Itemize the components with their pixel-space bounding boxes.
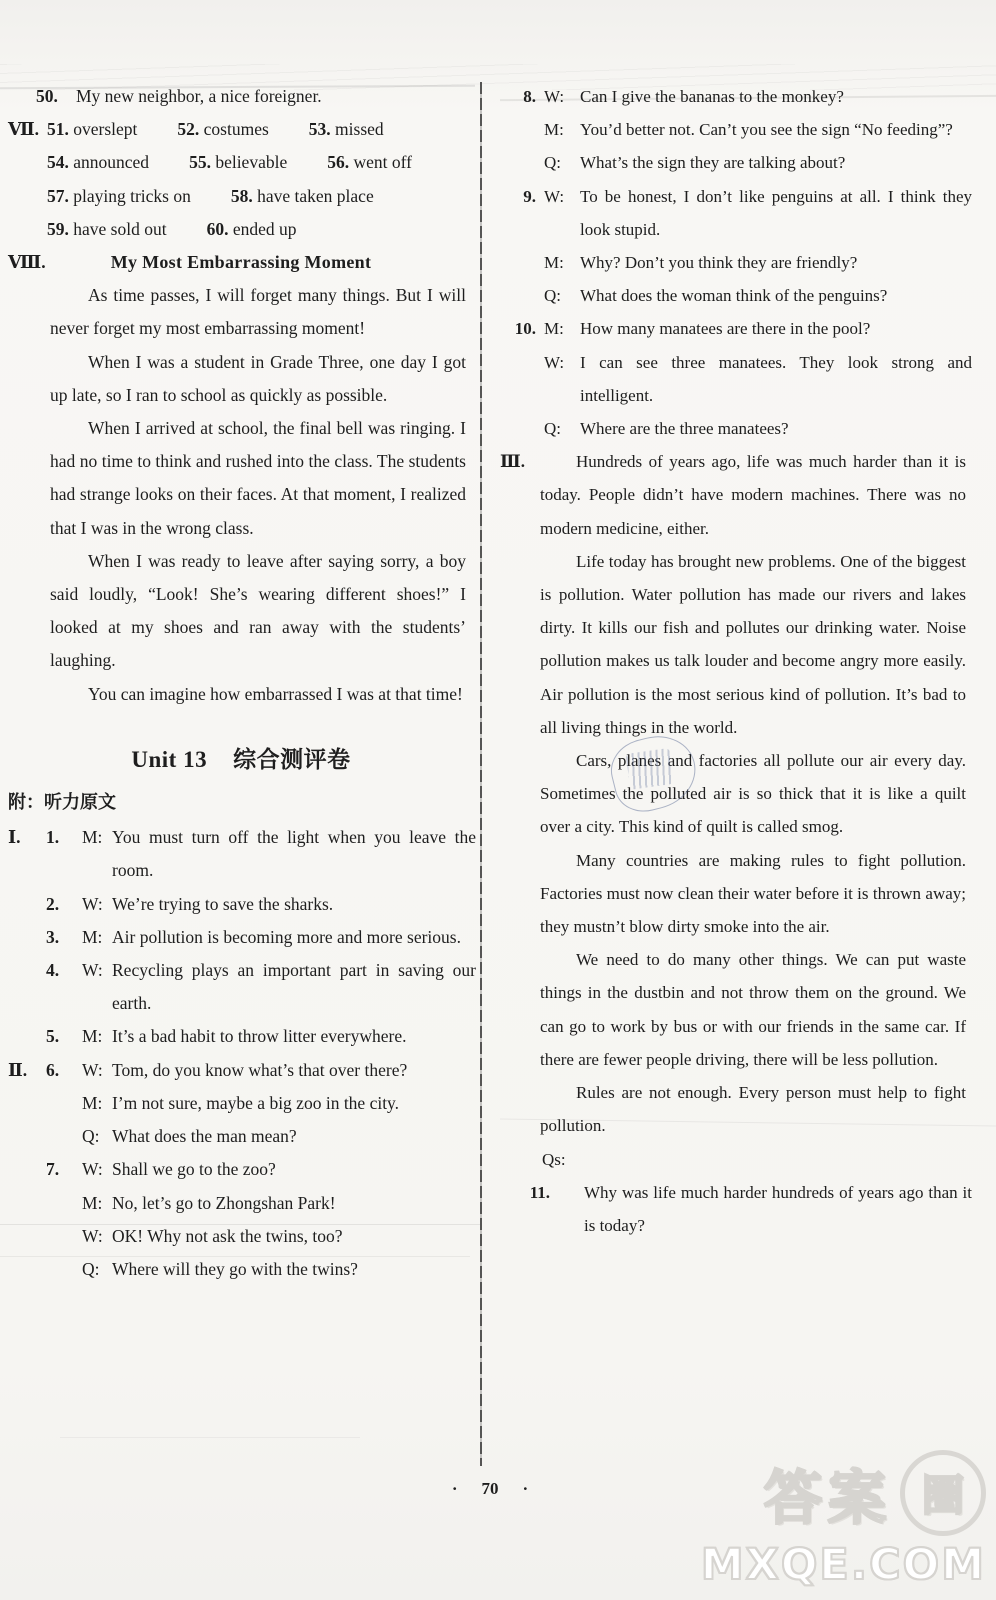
dialog-text: Shall we go to the zoo? (112, 1159, 276, 1179)
page-number: · 70 · (420, 1479, 560, 1499)
speaker-label: W: (82, 1220, 103, 1253)
section-numeral: Ⅶ. (8, 113, 39, 146)
dialog-text: OK! Why not ask the twins, too? (112, 1226, 343, 1246)
dialog-text: Recycling plays an important part in sav… (112, 960, 476, 1013)
dialog-line: 2.W:We’re trying to save the sharks. (6, 888, 476, 921)
answer-rows: 51. overslept52. costumes53. missed54. a… (47, 113, 476, 246)
speaker-label: W: (82, 1153, 103, 1186)
dialog-text: You’d better not. Can’t you see the sign… (580, 120, 953, 139)
item-number: 9. (496, 180, 536, 213)
watermark-brand-logo: 圈 (900, 1450, 986, 1536)
passage-paragraph: Rules are not enough. Every person must … (540, 1076, 966, 1142)
dialog-line: 8.W:Can I give the bananas to the monkey… (496, 80, 972, 113)
passage-paragraph: Hundreds of years ago, life was much har… (540, 445, 966, 545)
item-number: 3. (46, 921, 80, 954)
dialog-text: Why? Don’t you think they are friendly? (580, 253, 857, 272)
section-numeral: Ⅰ. (8, 821, 21, 854)
speaker-label: W: (82, 888, 103, 921)
answer-pair: 57. playing tricks on (47, 180, 191, 213)
answer-text: My new neighbor, a nice foreigner. (76, 86, 322, 106)
page-number-value: 70 (482, 1479, 499, 1499)
speaker-label: Q: (82, 1120, 100, 1153)
essay-paragraph: As time passes, I will forget many thing… (50, 279, 466, 345)
dialog-line: W:OK! Why not ask the twins, too? (6, 1220, 476, 1253)
watermark: 答案圈 MXQE.COM (701, 1450, 986, 1590)
speaker-label: M: (82, 1087, 102, 1120)
dialog-line: 3.M:Air pollution is becoming more and m… (6, 921, 476, 954)
scan-streak (60, 1437, 360, 1438)
passage-paragraph: Cars, planes and factories all pollute o… (540, 744, 966, 844)
dialog-line: Q:Where are the three manatees? (496, 412, 972, 445)
item-number: 2. (46, 888, 80, 921)
dialog-line: 10.M:How many manatees are there in the … (496, 312, 972, 345)
dialog-text: What does the woman think of the penguin… (580, 286, 887, 305)
item-number: 7. (46, 1153, 80, 1186)
dialog-line: M:Why? Don’t you think they are friendly… (496, 246, 972, 279)
section-iii: Ⅲ. Hundreds of years ago, life was much … (496, 445, 972, 1142)
speaker-label: W: (82, 1054, 103, 1087)
left-column: 50.My new neighbor, a nice foreigner. Ⅶ.… (6, 80, 476, 1286)
section-numeral: Ⅲ. (500, 445, 525, 478)
item-number: 50. (36, 80, 74, 113)
watermark-domain: MXQE.COM (701, 1540, 986, 1590)
speaker-label: Q: (544, 412, 561, 445)
section-vii: Ⅶ. 51. overslept52. costumes53. missed54… (6, 113, 476, 246)
dialog-line: M:You’d better not. Can’t you see the si… (496, 113, 972, 146)
answer-row: 59. have sold out60. ended up (47, 213, 476, 246)
answer-row: 54. announced55. believable56. went off (47, 146, 476, 179)
speaker-label: Q: (544, 146, 561, 179)
answer-pair: 55. believable (189, 146, 287, 179)
item-number: 5. (46, 1020, 80, 1053)
dialog-line: Q:What does the woman think of the pengu… (496, 279, 972, 312)
item-number: 6. (46, 1054, 80, 1087)
passage-paragraph: Many countries are making rules to fight… (540, 844, 966, 944)
answer-pair: 58. have taken place (231, 180, 374, 213)
dialog-text: We’re trying to save the sharks. (112, 894, 333, 914)
item-number: 1. (46, 821, 80, 854)
dialog-line: 9.W:To be honest, I don’t like penguins … (496, 180, 972, 246)
dialog-text: What’s the sign they are talking about? (580, 153, 845, 172)
speaker-label: W: (544, 180, 564, 213)
essay-paragraph: When I was ready to leave after saying s… (50, 545, 466, 678)
right-column: 8.W:Can I give the bananas to the monkey… (496, 80, 972, 1242)
dialog-line: M:I’m not sure, maybe a big zoo in the c… (6, 1087, 476, 1120)
watermark-brand: 答案圈 (701, 1450, 986, 1536)
speaker-label: M: (544, 246, 564, 279)
section-viii-header: Ⅷ. My Most Embarrassing Moment (6, 246, 476, 279)
dialog-text: What does the man mean? (112, 1126, 297, 1146)
dialog-text: I’m not sure, maybe a big zoo in the cit… (112, 1093, 399, 1113)
dialog-text: You must turn off the light when you lea… (112, 827, 476, 880)
passage-body: Hundreds of years ago, life was much har… (496, 445, 972, 1142)
dialog-line: Ⅱ.6.W:Tom, do you know what’s that over … (6, 1054, 476, 1087)
dialog-text: How many manatees are there in the pool? (580, 319, 870, 338)
dialog-line: 4.W:Recycling plays an important part in… (6, 954, 476, 1020)
dialog-line: M:No, let’s go to Zhongshan Park! (6, 1187, 476, 1220)
unit-header: Unit 13 综合测评卷 (6, 743, 476, 776)
listening-script-label: 附：听力原文 (8, 786, 476, 819)
page-number-dot: · (452, 1479, 458, 1499)
dialog-line: 7.W:Shall we go to the zoo? (6, 1153, 476, 1186)
essay-paragraph: When I arrived at school, the final bell… (50, 412, 466, 545)
essay-paragraph: You can imagine how embarrassed I was at… (50, 678, 466, 711)
dialog-text: I can see three manatees. They look stro… (580, 353, 972, 405)
dialog-line: Q:Where will they go with the twins? (6, 1253, 476, 1286)
answer-pair: 59. have sold out (47, 213, 167, 246)
item-number: 11. (510, 1176, 550, 1209)
speaker-label: Q: (544, 279, 561, 312)
dialog-text: Tom, do you know what’s that over there? (112, 1060, 407, 1080)
unit-title-cn: 综合测评卷 (233, 743, 351, 776)
answer-row: 57. playing tricks on58. have taken plac… (47, 180, 476, 213)
dialog-text: Where are the three manatees? (580, 419, 789, 438)
dialog-text: It’s a bad habit to throw litter everywh… (112, 1026, 406, 1046)
passage-paragraph: Life today has brought new problems. One… (540, 545, 966, 744)
item-number: 4. (46, 954, 80, 987)
speaker-label: W: (544, 346, 564, 379)
passage-paragraph: We need to do many other things. We can … (540, 943, 966, 1076)
dialog-line: W:I can see three manatees. They look st… (496, 346, 972, 412)
essay-paragraph: When I was a student in Grade Three, one… (50, 346, 466, 412)
speaker-label: Q: (82, 1253, 100, 1286)
answer-pair: 56. went off (327, 146, 412, 179)
dialog-line: Ⅰ.1.M:You must turn off the light when y… (6, 821, 476, 887)
speaker-label: W: (544, 80, 564, 113)
speaker-label: M: (82, 921, 102, 954)
dialog-line: 5.M:It’s a bad habit to throw litter eve… (6, 1020, 476, 1053)
dialog-text: To be honest, I don’t like penguins at a… (580, 187, 972, 239)
dialog-line: Q:What’s the sign they are talking about… (496, 146, 972, 179)
listening-script-left: Ⅰ.1.M:You must turn off the light when y… (6, 821, 476, 1286)
speaker-label: M: (82, 821, 102, 854)
dialog-text: No, let’s go to Zhongshan Park! (112, 1193, 336, 1213)
speaker-label: M: (82, 1187, 102, 1220)
answer-item-50: 50.My new neighbor, a nice foreigner. (6, 80, 476, 113)
answer-pair: 60. ended up (207, 213, 297, 246)
essay-body: As time passes, I will forget many thing… (6, 279, 476, 711)
question-line: 11.Why was life much harder hundreds of … (496, 1176, 972, 1242)
dialog-text: Air pollution is becoming more and more … (112, 927, 461, 947)
answer-row: 51. overslept52. costumes53. missed (47, 113, 476, 146)
dialog-text: Where will they go with the twins? (112, 1259, 358, 1279)
answer-pair: 53. missed (309, 113, 384, 146)
answer-pair: 52. costumes (177, 113, 268, 146)
section-numeral: Ⅱ. (8, 1054, 27, 1087)
column-divider (480, 82, 482, 1466)
dialog-line: Q:What does the man mean? (6, 1120, 476, 1153)
essay-title: My Most Embarrassing Moment (111, 252, 372, 272)
speaker-label: M: (82, 1020, 102, 1053)
questions-label: Qs: (496, 1143, 972, 1176)
dialog-text: Can I give the bananas to the monkey? (580, 87, 844, 106)
speaker-label: M: (544, 312, 564, 345)
dialog-text: Why was life much harder hundreds of yea… (584, 1183, 972, 1235)
answer-pair: 54. announced (47, 146, 149, 179)
scanned-page: 50.My new neighbor, a nice foreigner. Ⅶ.… (0, 0, 996, 1600)
speaker-label: M: (544, 113, 564, 146)
watermark-brand-text: 答案 (764, 1451, 892, 1535)
question-11: 11.Why was life much harder hundreds of … (496, 1176, 972, 1242)
item-number: 10. (496, 312, 536, 345)
answer-pair: 51. overslept (47, 113, 137, 146)
listening-script-right: 8.W:Can I give the bananas to the monkey… (496, 80, 972, 445)
unit-number: Unit 13 (131, 743, 207, 776)
speaker-label: W: (82, 954, 103, 987)
item-number: 8. (496, 80, 536, 113)
section-numeral: Ⅷ. (8, 246, 46, 279)
page-number-dot: · (523, 1479, 529, 1499)
